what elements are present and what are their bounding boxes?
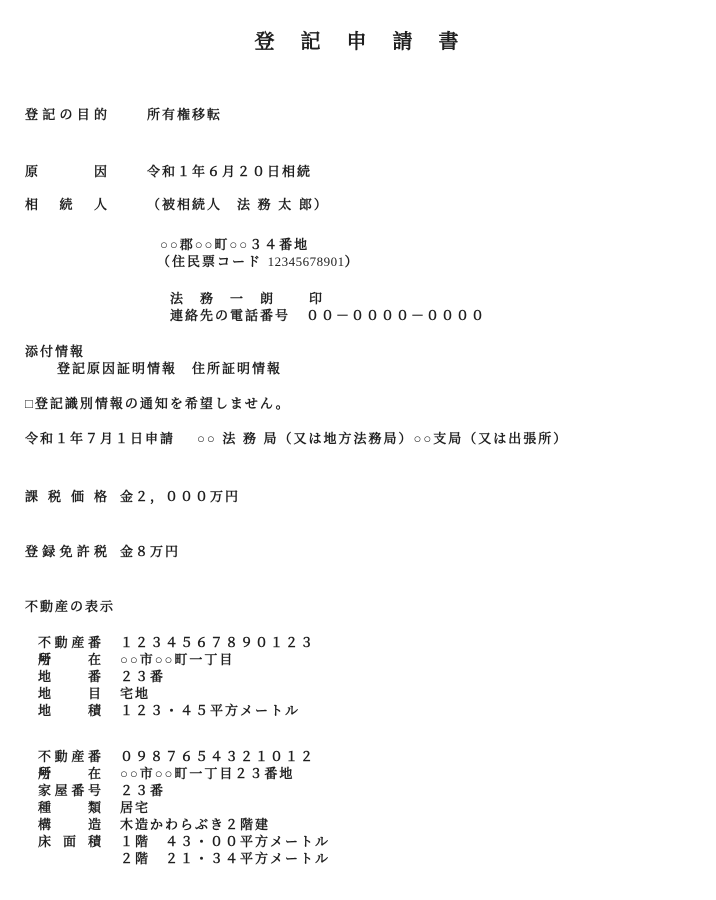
tax-value: 金８万円 (120, 543, 180, 560)
property-row: ２階 ２１・３４平方メートル (38, 850, 330, 867)
property-row: 所在 ○○市○○町一丁目２３番地 (38, 765, 294, 782)
registration-application-document: 登 記 申 請 書 登記の目的 所有権移転 原因 令和１年６月２０日相続 相続人… (0, 0, 716, 900)
property-row-value: ○○市○○町一丁目２３番地 (120, 765, 294, 782)
property-row-label: 地積 (38, 702, 103, 719)
property-row-label: 家屋番号 (38, 782, 103, 799)
resident-code-label: （住民票コード (157, 253, 268, 270)
field-value-heir: （被相続人 法 務 太 郎） (147, 196, 329, 213)
application-line: 令和１年７月１日申請 ○○ 法 務 局（又は地方法務局）○○支局（又は出張所） (25, 430, 568, 447)
property-row-value: １２３・４５平方メートル (120, 702, 300, 719)
resident-code-value: 12345678901 (268, 253, 345, 270)
property-row-label: 所在 (38, 651, 103, 668)
property-row-value: 宅地 (120, 685, 150, 702)
property-row: 家屋番号 ２３番 (38, 782, 165, 799)
property-row-value: ０９８７６５４３２１０１２ (120, 748, 315, 765)
seal-mark: 印 (309, 290, 324, 307)
notification-option-text: 登記識別情報の通知を希望しません。 (35, 395, 291, 412)
attachments-heading: 添付情報 (25, 343, 85, 360)
tax-label: 登録免許税 (25, 543, 109, 560)
property-row-value: １階 ４３・００平方メートル (120, 833, 330, 850)
property-row: 地積 １２３・４５平方メートル (38, 702, 300, 719)
property-row-label: 地番 (38, 668, 103, 685)
property-row-value: ２階 ２１・３４平方メートル (120, 850, 330, 867)
property-row-value: 木造かわらぶき２階建 (120, 816, 270, 833)
checkbox-no-identification-notice[interactable]: □ (25, 395, 35, 412)
applicant-name-line: 法 務 一 朗 印 (170, 290, 324, 307)
property-row-label: 所在 (38, 765, 103, 782)
property-row: 種類 居宅 (38, 799, 150, 816)
notification-option-line: □登記識別情報の通知を希望しません。 (25, 395, 291, 412)
property-row-value: ２３番 (120, 668, 165, 685)
application-office: ○○ 法 務 局（又は地方法務局）○○支局（又は出張所） (197, 430, 568, 447)
property-row-label: 構造 (38, 816, 103, 833)
property-row: 所在 ○○市○○町一丁目 (38, 651, 234, 668)
property-row-label: 床面積 (38, 833, 103, 850)
field-label-purpose: 登記の目的 (25, 106, 109, 123)
phone-number: ００－００００－００００ (306, 307, 486, 324)
field-row-cause: 原因 令和１年６月２０日相続 (25, 163, 312, 180)
tax-row-assessed-value: 課税価格 金２，０００万円 (25, 488, 240, 505)
property-row: 床面積 １階 ４３・００平方メートル (38, 833, 330, 850)
property-row-value: ２３番 (120, 782, 165, 799)
application-date: 令和１年７月１日申請 (25, 430, 175, 447)
resident-code-line: （住民票コード 12345678901） (157, 253, 360, 270)
property-row-value: ○○市○○町一丁目 (120, 651, 234, 668)
property-section-heading: 不動産の表示 (25, 598, 115, 615)
property-row: 地番 ２３番 (38, 668, 165, 685)
field-value-purpose: 所有権移転 (147, 106, 222, 123)
tax-row-registration-tax: 登録免許税 金８万円 (25, 543, 180, 560)
property-row: 構造 木造かわらぶき２階建 (38, 816, 270, 833)
field-value-cause: 令和１年６月２０日相続 (147, 163, 312, 180)
heir-address: ○○郡○○町○○３４番地 (160, 236, 309, 253)
field-label-heir: 相続人 (25, 196, 109, 213)
tax-value: 金２，０００万円 (120, 488, 240, 505)
resident-code-close: ） (345, 253, 360, 270)
attachments-items: 登記原因証明情報 住所証明情報 (57, 360, 282, 377)
tax-label: 課税価格 (25, 488, 109, 505)
property-row-value: １２３４５６７８９０１２３ (120, 634, 315, 651)
document-title: 登 記 申 請 書 (0, 30, 716, 54)
applicant-name: 法 務 一 朗 (170, 290, 275, 307)
field-row-purpose: 登記の目的 所有権移転 (25, 106, 222, 123)
property-row-value: 居宅 (120, 799, 150, 816)
field-row-heir: 相続人 （被相続人 法 務 太 郎） (25, 196, 329, 213)
property-row-label: 種類 (38, 799, 103, 816)
property-row: 地目 宅地 (38, 685, 150, 702)
field-label-cause: 原因 (25, 163, 109, 180)
phone-line: 連絡先の電話番号 ００－００００－００００ (170, 307, 486, 324)
property-row-label: 地目 (38, 685, 103, 702)
phone-label: 連絡先の電話番号 (170, 307, 290, 324)
